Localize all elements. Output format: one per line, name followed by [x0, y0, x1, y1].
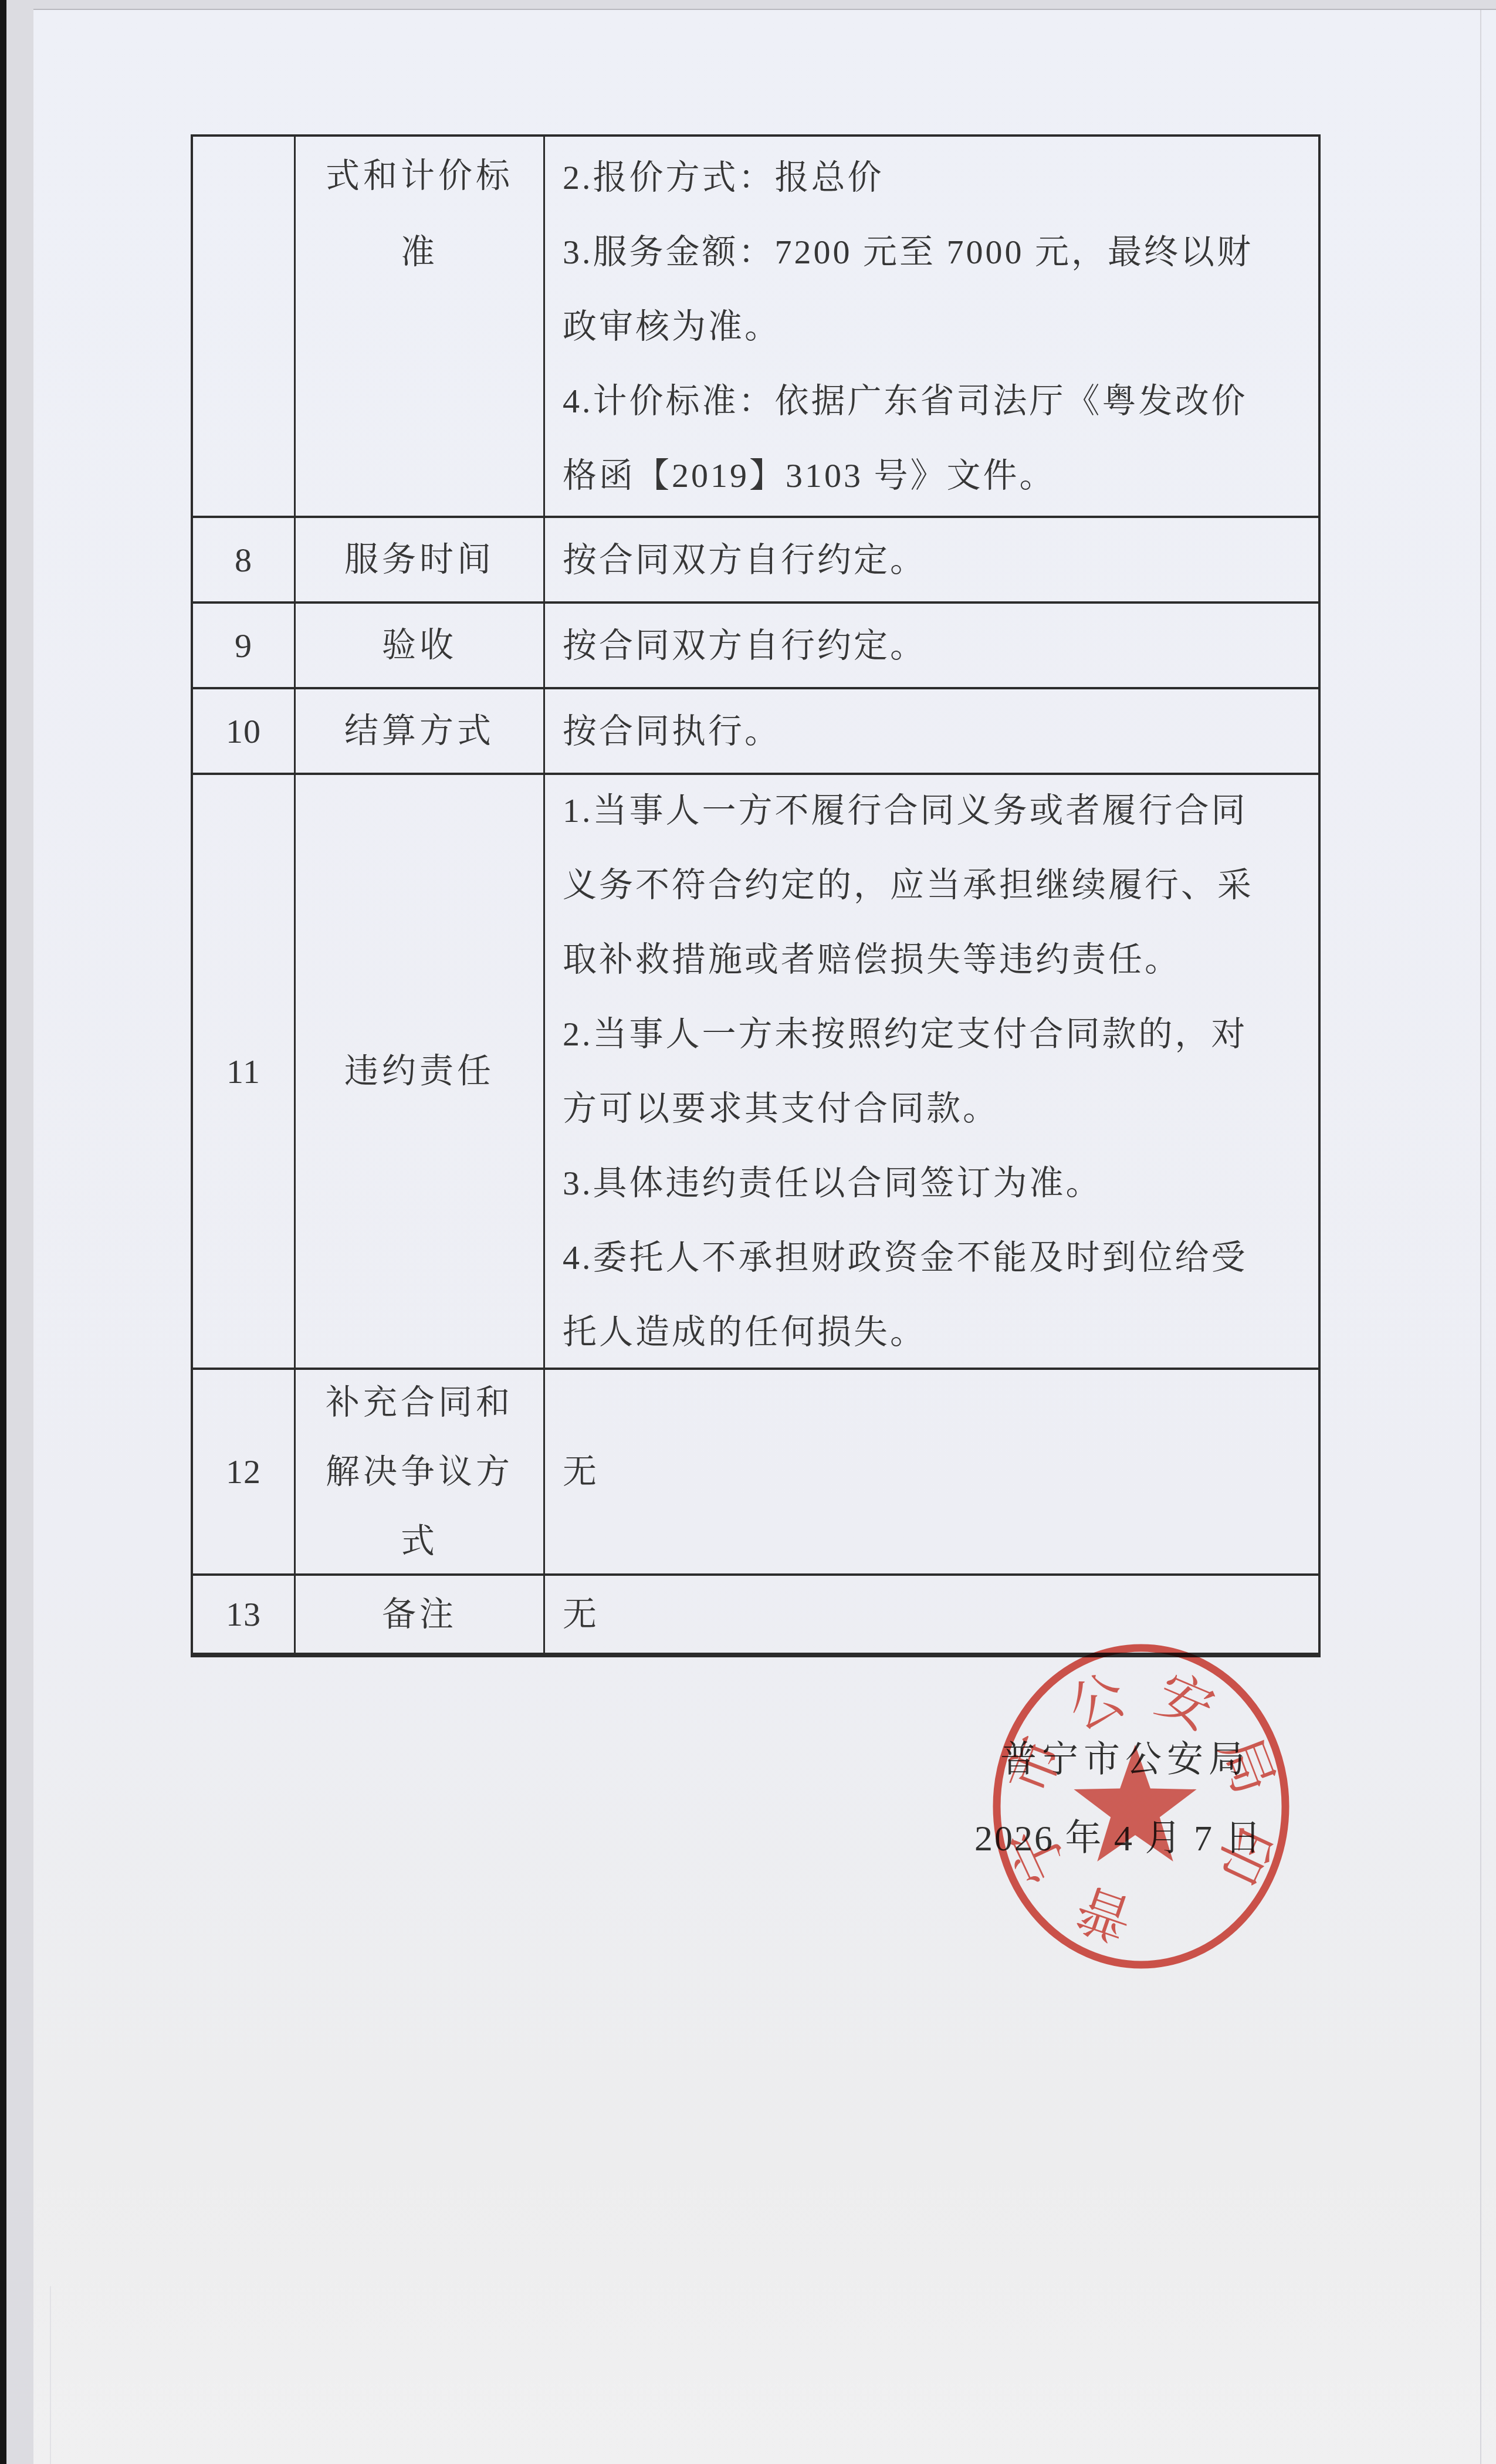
official-stamp: 普宁市公安局印 [989, 1636, 1299, 1976]
stamp-arc-char: 公 [1060, 1664, 1134, 1741]
contract-terms-table: 式和计价标 准 2.报价方式：报总价 3.服务金额：7200 元至 7000 元… [191, 134, 1321, 1657]
row-number-cell: 11 [193, 775, 296, 1370]
row-content-text: 无 [563, 1434, 599, 1509]
stamp-arc-char: 普 [1068, 1875, 1140, 1951]
row-label-text: 补充合同和 解决争议方 式 [304, 1370, 535, 1576]
row-content-text: 按合同双方自行约定。 [563, 523, 926, 597]
row-number-cell: 12 [193, 1370, 296, 1576]
row-label-text: 验收 [304, 611, 535, 680]
row-label-cell: 验收 [296, 604, 545, 689]
row-number-cell: 9 [193, 604, 296, 689]
row-content-cell: 按合同双方自行约定。 [545, 604, 1318, 689]
row-number-cell: 10 [193, 689, 296, 775]
row-label-cell: 服务时间 [296, 518, 545, 604]
paper-sheet: 式和计价标 准 2.报价方式：报总价 3.服务金额：7200 元至 7000 元… [33, 9, 1496, 2464]
row-content-text: 按合同执行。 [563, 694, 781, 769]
row-label-cell: 备注 [296, 1576, 545, 1655]
row-label-cell: 结算方式 [296, 689, 545, 775]
row-label-text: 结算方式 [304, 696, 535, 766]
row-number-cell [193, 137, 296, 518]
row-number-cell: 8 [193, 518, 296, 604]
paper-crease-line [50, 2286, 51, 2464]
stamp-star-icon [1074, 1745, 1196, 1861]
row-label-text: 备注 [304, 1580, 535, 1649]
stamp-arc-char: 安 [1148, 1664, 1222, 1741]
row-label-text: 违约责任 [304, 1037, 535, 1106]
row-content-cell: 2.报价方式：报总价 3.服务金额：7200 元至 7000 元，最终以财 政审… [545, 137, 1318, 518]
row-number-cell: 13 [193, 1576, 296, 1655]
row-content-text: 2.报价方式：报总价 3.服务金额：7200 元至 7000 元，最终以财 政审… [563, 140, 1253, 513]
row-content-cell: 按合同执行。 [545, 689, 1318, 775]
row-content-text: 按合同双方自行约定。 [563, 608, 926, 683]
row-content-text: 1.当事人一方不履行合同义务或者履行合同 义务不符合约定的，应当承担继续履行、采… [563, 775, 1254, 1369]
paper-fold-line [1480, 10, 1481, 2464]
row-label-text: 服务时间 [304, 525, 535, 594]
scanner-edge-strip [0, 0, 6, 2464]
row-content-text: 无 [563, 1577, 599, 1651]
row-label-cell: 补充合同和 解决争议方 式 [296, 1370, 545, 1576]
row-content-cell: 1.当事人一方不履行合同义务或者履行合同 义务不符合约定的，应当承担继续履行、采… [545, 775, 1318, 1370]
row-label-cell: 式和计价标 准 [296, 137, 545, 518]
scanned-page: { "page": { "type": "scanned-contract-do… [0, 0, 1496, 2464]
row-content-cell: 无 [545, 1370, 1318, 1576]
row-label-text: 式和计价标 准 [304, 137, 535, 290]
row-content-cell: 按合同双方自行约定。 [545, 518, 1318, 604]
row-label-cell: 违约责任 [296, 775, 545, 1370]
